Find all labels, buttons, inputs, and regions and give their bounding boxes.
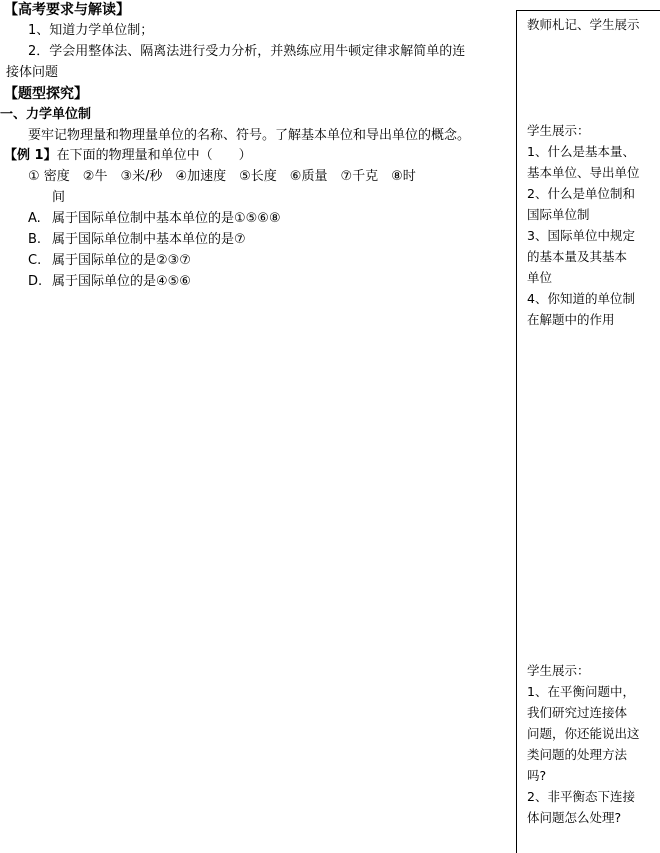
example-label: 【例 1】 — [4, 148, 57, 163]
subsection-title-units: 一、力学单位制 — [0, 105, 91, 125]
subsection-description: 要牢记物理量和物理量单位的名称、符号。了解基本单位和导出单位的概念。 — [28, 126, 470, 146]
option-text: 属于国际单位制中基本单位的是①⑤⑥⑧ — [52, 211, 281, 226]
student-show-line: 的基本量及其基本 — [527, 247, 627, 267]
student-show-heading-1: 学生展示： — [527, 121, 590, 141]
student-show-line: 类问题的处理方法 — [527, 745, 627, 765]
student-show-line: 4、你知道的单位制 — [527, 289, 635, 309]
option-a: A.属于国际单位制中基本单位的是①⑤⑥⑧ — [28, 209, 281, 229]
option-text: 属于国际单位的是④⑤⑥ — [52, 274, 191, 289]
requirement-1: 1、知道力学单位制； — [28, 21, 153, 41]
example-stem: 在下面的物理量和单位中（ ） — [57, 148, 252, 163]
items-line-2: 间 — [52, 188, 65, 208]
items-line-1: ① 密度 ②牛 ③米/秒 ④加速度 ⑤长度 ⑥质量 ⑦千克 ⑧时 — [28, 167, 416, 187]
section-title-exploration: 【题型探究】 — [4, 84, 88, 104]
student-show-line: 2、非平衡态下连接 — [527, 787, 635, 807]
student-show-line: 问题，你还能说出这 — [527, 724, 640, 744]
option-letter: B. — [28, 230, 52, 250]
student-show-line: 3、国际单位中规定 — [527, 226, 635, 246]
requirement-2-line2: 接体问题 — [6, 63, 58, 83]
option-d: D.属于国际单位的是④⑤⑥ — [28, 272, 191, 292]
option-b: B.属于国际单位制中基本单位的是⑦ — [28, 230, 246, 250]
section-title-requirements: 【高考要求与解读】 — [4, 0, 130, 20]
option-letter: C. — [28, 251, 52, 271]
student-show-line: 1、在平衡问题中， — [527, 682, 635, 702]
option-text: 属于国际单位制中基本单位的是⑦ — [52, 232, 246, 247]
student-show-line: 2、什么是单位制和 — [527, 184, 635, 204]
requirement-2-line1: 2．学会用整体法、隔离法进行受力分析，并熟练应用牛顿定律求解简单的连 — [28, 42, 465, 62]
student-show-line: 吗? — [527, 766, 546, 786]
student-show-line: 体问题怎么处理? — [527, 808, 621, 828]
student-show-line: 单位 — [527, 268, 552, 288]
option-c: C.属于国际单位的是②③⑦ — [28, 251, 191, 271]
option-letter: A. — [28, 209, 52, 229]
student-show-line: 基本单位、导出单位 — [527, 163, 640, 183]
example-1: 【例 1】在下面的物理量和单位中（ ） — [4, 146, 252, 166]
student-show-line: 国际单位制 — [527, 205, 590, 225]
student-show-line: 我们研究过连接体 — [527, 703, 627, 723]
teacher-notes-column: 教师札记、学生展示 学生展示： 1、什么是基本量、 基本单位、导出单位 2、什么… — [516, 10, 660, 853]
option-text: 属于国际单位的是②③⑦ — [52, 253, 191, 268]
student-show-heading-2: 学生展示： — [527, 661, 590, 681]
student-show-line: 1、什么是基本量、 — [527, 142, 635, 162]
student-show-line: 在解题中的作用 — [527, 310, 615, 330]
notes-column-title: 教师札记、学生展示 — [527, 15, 640, 35]
option-letter: D. — [28, 272, 52, 292]
